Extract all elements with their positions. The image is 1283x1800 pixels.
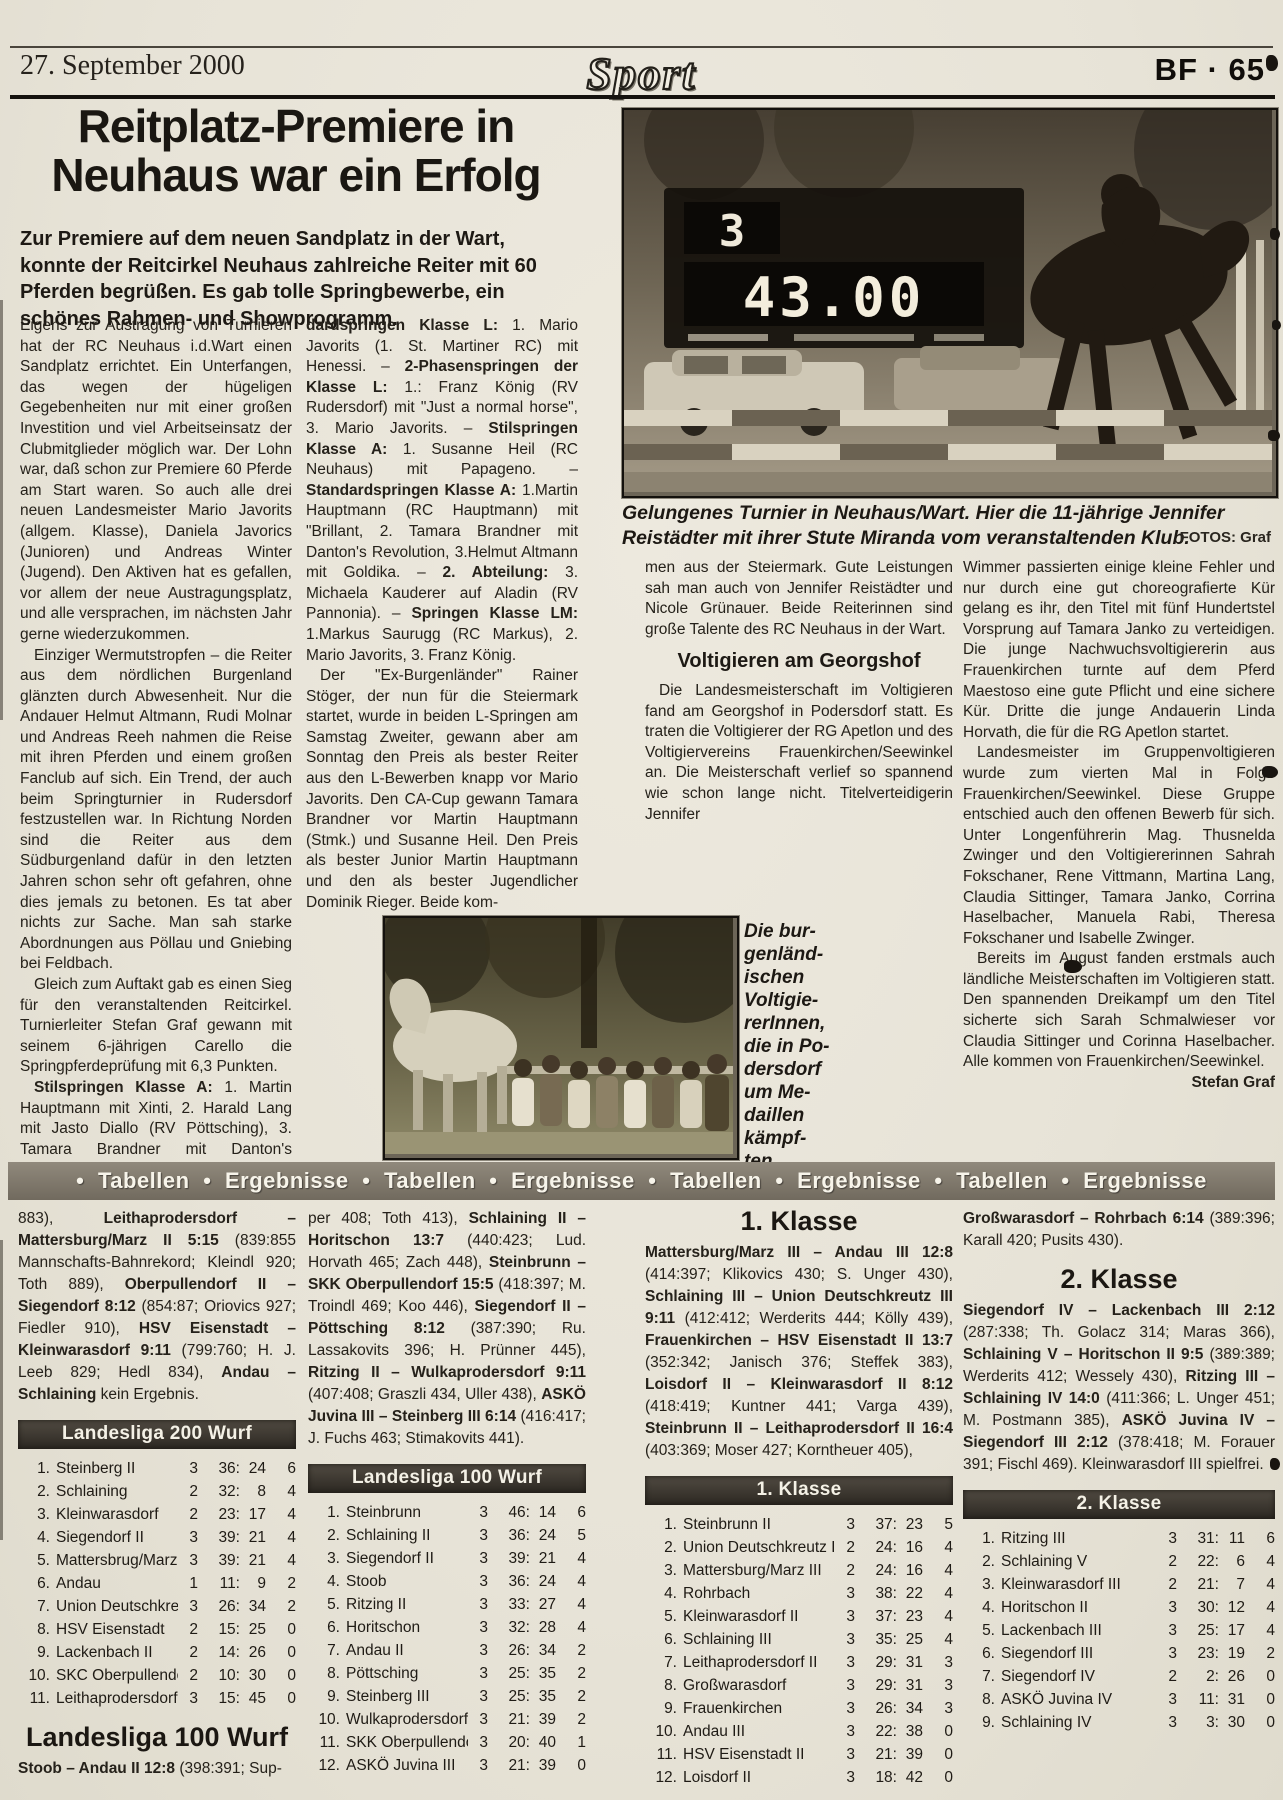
- table-header-1-klasse: 1. Klasse: [645, 1476, 953, 1505]
- table-header-landesliga-200: Landesliga 200 Wurf: [18, 1420, 296, 1449]
- scan-artifact: [1064, 960, 1082, 973]
- paragraph: dardspringen Klasse L: 1. Mario Javorits…: [306, 316, 578, 666]
- table-row: 9.Steinberg III325:352: [308, 1685, 586, 1708]
- table-row: 11.HSV Eisenstadt II321:390: [645, 1743, 953, 1766]
- table-row: 7.Andau II326:342: [308, 1639, 586, 1662]
- photo-showjumping: 3 43.00: [622, 108, 1278, 498]
- paragraph: men aus der Steiermark. Gute Leistungen …: [645, 558, 953, 640]
- paragraph: Gleich zum Auftakt gab es einen Sieg für…: [20, 975, 292, 1078]
- byline: Stefan Graf: [963, 1073, 1275, 1094]
- table-row: 1.Steinbrunn II337:235: [645, 1513, 953, 1536]
- standings-1-klasse: 1.Steinbrunn II337:2352.Union Deutschkre…: [645, 1513, 953, 1789]
- table-row: 8.Pöttsching325:352: [308, 1662, 586, 1685]
- photo1-credit: FOTOS: Graf: [1180, 529, 1271, 546]
- results-paragraph: Mattersburg/Marz III – Andau III 12:8 (4…: [645, 1242, 953, 1462]
- table-row: 6.Schlaining III335:254: [645, 1628, 953, 1651]
- table-row: 9.Schlaining IV33:300: [963, 1711, 1275, 1734]
- table-row: 5.Kleinwarasdorf II337:234: [645, 1605, 953, 1628]
- headline: Reitplatz-Premiere in Neuhaus war ein Er…: [16, 102, 576, 200]
- paragraph: Einziger Wermutstropfen – die Reiter aus…: [20, 646, 292, 976]
- photo-vaulting-group: [383, 916, 739, 1160]
- scoreboard-run-number: 3: [719, 206, 746, 257]
- table-row: 9.Lackenbach II214:260: [18, 1641, 296, 1664]
- standings-2-klasse: 1.Ritzing III331:1162.Schlaining V222:64…: [963, 1527, 1275, 1734]
- table-row: 5.Ritzing II333:274: [308, 1593, 586, 1616]
- table-row: 10.Wulkaprodersdorf321:392: [308, 1708, 586, 1731]
- scoreboard: 3 43.00: [664, 188, 1024, 348]
- article-column-2: dardspringen Klasse L: 1. Mario Javorits…: [306, 316, 578, 916]
- table-row: 3.Siegendorf II339:214: [308, 1547, 586, 1570]
- table-row: 4.Siegendorf II339:214: [18, 1526, 296, 1549]
- table-row: 2.Schlaining II336:245: [308, 1524, 586, 1547]
- table-row: 10.SKC Oberpullendorf II210:300: [18, 1664, 296, 1687]
- table-row: 1.Steinberg II336:246: [18, 1457, 296, 1480]
- scan-artifact: [1272, 320, 1281, 330]
- heading-landesliga-100: Landesliga 100 Wurf: [18, 1726, 296, 1748]
- table-row: 11.Leithaprodersdorf315:450: [18, 1687, 296, 1710]
- table-row: 8.ASKÖ Juvina IV311:310: [963, 1688, 1275, 1711]
- article-column-4: Wimmer passierten einige kleine Fehler u…: [963, 558, 1275, 1162]
- article-column-1: Eigens zur Austragung von Turnieren hat …: [20, 316, 292, 1162]
- results-column-c: 1. Klasse Mattersburg/Marz III – Andau I…: [645, 1208, 953, 1789]
- table-row: 2.Schlaining V222:64: [963, 1550, 1275, 1573]
- subheading-voltigieren: Voltigieren am Georgshof: [645, 651, 953, 672]
- table-row: 12.Loisdorf II318:420: [645, 1766, 953, 1789]
- table-header-2-klasse: 2. Klasse: [963, 1490, 1275, 1519]
- table-row: 9.Frauenkirchen326:343: [645, 1697, 953, 1720]
- heading-2-klasse: 2. Klasse: [963, 1268, 1275, 1290]
- table-row: 1.Ritzing III331:116: [963, 1527, 1275, 1550]
- table-row: 4.Rohrbach338:224: [645, 1582, 953, 1605]
- table-row: 11.SKK Oberpullendorf320:401: [308, 1731, 586, 1754]
- table-row: 8.HSV Eisenstadt215:250: [18, 1618, 296, 1641]
- table-row: 3.Mattersburg/Marz III224:164: [645, 1559, 953, 1582]
- scan-edge: [0, 300, 3, 720]
- results-paragraph: Siegendorf IV – Lackenbach III 2:12 (287…: [963, 1300, 1275, 1476]
- standings-landesliga-100: 1.Steinbrunn346:1462.Schlaining II336:24…: [308, 1501, 586, 1777]
- results-paragraph: Großwarasdorf – Rohrbach 6:14 (389:396; …: [963, 1208, 1275, 1252]
- scan-edge: [0, 1240, 3, 1540]
- standings-landesliga-200: 1.Steinberg II336:2462.Schlaining232:843…: [18, 1457, 296, 1710]
- table-row: 4.Horitschon II330:124: [963, 1596, 1275, 1619]
- paragraph: Eigens zur Austragung von Turnieren hat …: [20, 316, 292, 646]
- table-row: 4.Stoob336:244: [308, 1570, 586, 1593]
- paragraph: Wimmer passierten einige kleine Fehler u…: [963, 558, 1275, 743]
- table-row: 5.Mattersbrug/Marz II339:214: [18, 1549, 296, 1572]
- newspaper-page: 27. September 2000 Sport BF · 65 Reitpla…: [0, 0, 1283, 1800]
- paragraph: Stilspringen Klasse A: 1. Martin Hauptma…: [20, 1078, 292, 1162]
- table-row: 2.Schlaining232:84: [18, 1480, 296, 1503]
- results-column-d: Großwarasdorf – Rohrbach 6:14 (389:396; …: [963, 1208, 1275, 1734]
- paragraph: Landesmeister im Gruppenvoltigieren wurd…: [963, 743, 1275, 949]
- results-paragraph: per 408; Toth 413), Schlaining II – Hori…: [308, 1208, 586, 1450]
- showjumping-scene: 3 43.00: [624, 110, 1272, 492]
- table-row: 5.Lackenbach III325:174: [963, 1619, 1275, 1642]
- heading-1-klasse: 1. Klasse: [645, 1210, 953, 1232]
- article-column-3: men aus der Steiermark. Gute Leistungen …: [645, 558, 953, 916]
- table-row: 1.Steinbrunn346:146: [308, 1501, 586, 1524]
- results-column-a: 883), Leithaprodersdorf – Mattersburg/Ma…: [18, 1208, 296, 1780]
- paragraph: Der "Ex-Burgenländer" Rainer Stöger, der…: [306, 666, 578, 913]
- table-row: 12.ASKÖ Juvina III321:390: [308, 1754, 586, 1777]
- header-rule: [10, 95, 1275, 99]
- jump-rails: [624, 410, 1272, 492]
- paragraph: Bereits im August fanden erstmals auch l…: [963, 949, 1275, 1073]
- results-paragraph: 883), Leithaprodersdorf – Mattersburg/Ma…: [18, 1208, 296, 1406]
- table-row: 6.Andau111:92: [18, 1572, 296, 1595]
- scan-artifact: [1262, 766, 1278, 778]
- table-row: 3.Kleinwarasdorf III221:74: [963, 1573, 1275, 1596]
- paragraph: Die Landesmeisterschaft im Voltigieren f…: [645, 681, 953, 825]
- scan-artifact: [1270, 228, 1280, 240]
- page-number: BF · 65: [1155, 52, 1265, 88]
- table-row: 6.Siegendorf III323:192: [963, 1642, 1275, 1665]
- table-row: 7.Union Deutschkreutz II326:342: [18, 1595, 296, 1618]
- scan-artifact: [1270, 1458, 1280, 1470]
- table-row: 2.Union Deutschkreutz II224:164: [645, 1536, 953, 1559]
- scoreboard-points: 43.00: [743, 266, 926, 329]
- vaulting-group-scene: [385, 918, 733, 1154]
- scan-artifact: [1266, 55, 1278, 71]
- table-row: 8.Großwarasdorf329:313: [645, 1674, 953, 1697]
- table-header-landesliga-100: Landesliga 100 Wurf: [308, 1464, 586, 1493]
- table-row: 3.Kleinwarasdorf223:174: [18, 1503, 296, 1526]
- table-row: 7.Leithaprodersdorf II329:313: [645, 1651, 953, 1674]
- table-row: 10.Andau III322:380: [645, 1720, 953, 1743]
- table-row: 6.Horitschon332:284: [308, 1616, 586, 1639]
- results-column-b: per 408; Toth 413), Schlaining II – Hori…: [308, 1208, 586, 1777]
- table-row: 7.Siegendorf IV22:260: [963, 1665, 1275, 1688]
- section-masthead: Sport: [0, 48, 1283, 100]
- results-banner: • Tabellen • Ergebnisse • Tabellen • Erg…: [8, 1162, 1275, 1200]
- results-paragraph: Stoob – Andau II 12:8 (398:391; Sup-: [18, 1758, 296, 1780]
- scan-artifact: [1268, 430, 1280, 441]
- photo2-caption: Die bur- genländ- ischen Voltigie- rerIn…: [744, 920, 856, 1173]
